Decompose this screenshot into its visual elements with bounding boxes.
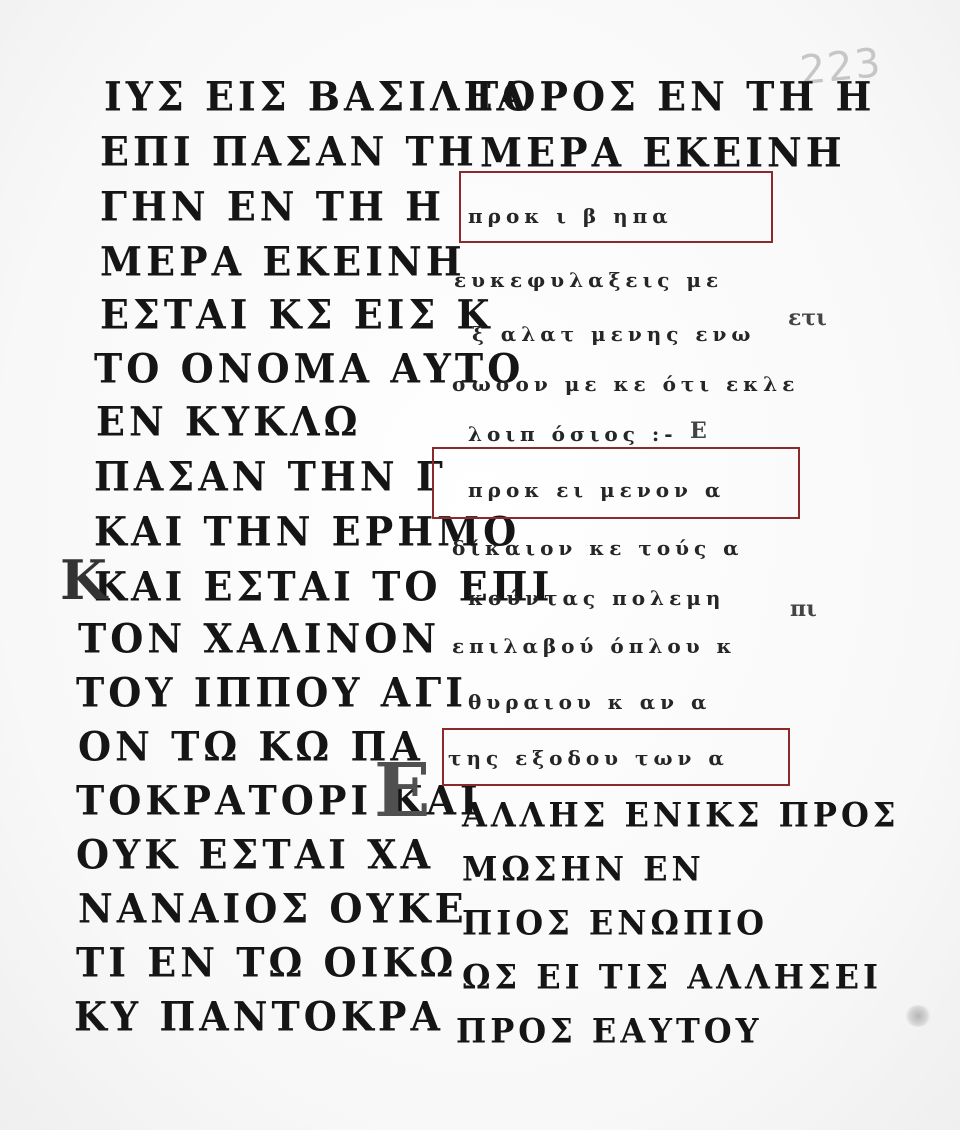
right-line-10: κούντας πολεμη [468,586,725,610]
right-line-11: επιλαβού όπλου κ [452,634,737,658]
left-line-11: ΤΟΝ ΧΑΛΙΝΟΝ [78,615,440,662]
right-line-12: θυραιου κ αν α [468,690,711,714]
margin-mark-3: πι [790,596,817,622]
left-line-2: ΕΠΙ ΠΑΣΑΝ ΤΗ [100,128,478,175]
manuscript-page: 223 ΙΥΣ ΕΙΣ ΒΑΣΙΛΕΑ ΕΠΙ ΠΑΣΑΝ ΤΗ ΓΗΝ ΕΝ … [0,0,960,1130]
right-line-1: ΤΟΡΟΣ ΕΝ ΤΗ Η [470,73,875,120]
left-line-4: ΜΕΡΑ ΕΚΕΙΝΗ [100,238,466,285]
right-line-2: ΜΕΡΑ ΕΚΕΙΝΗ [480,129,846,176]
right-line-15: ΜΩΣΗΝ ΕΝ [462,849,705,889]
right-line-14: ΑΛΛΗΣ ΕΝΙΚΣ ΠΡΟΣ [462,795,899,835]
initial-epsilon: Ε [374,748,430,834]
right-line-16: ΠΙΟΣ ΕΝΩΠΙΟ [462,903,768,943]
right-line-7: λοιπ όσιος :- [468,422,678,446]
initial-kappa: Κ [60,548,107,612]
margin-mark-1: ετι [788,305,827,331]
margin-mark-2: Ε [690,418,707,444]
right-line-6: σωσον με κε ότι εκλε [452,372,799,396]
ink-stain [905,1005,931,1027]
left-line-1: ΙΥΣ ΕΙΣ ΒΑΣΙΛΕΑ [104,73,530,120]
annotation-box-2 [432,447,800,519]
left-line-3: ΓΗΝ ΕΝ ΤΗ Η [100,183,445,230]
right-line-9: δίκαιον κε τούς α [452,536,744,560]
left-line-13: ΟΝ ΤΩ ΚΩ ΠΑ [78,723,424,770]
left-line-18: ΚΥ ΠΑΝΤΟΚΡΑ [74,993,444,1040]
annotation-box-1 [459,171,773,243]
right-line-5: ξ αλατ μενης ενω [472,322,755,346]
right-line-4: ευκεφυλαξεις με [454,268,723,292]
left-line-8: ΠΑΣΑΝ ΤΗΝ Γ [94,453,447,500]
left-line-17: ΤΙ ΕΝ ΤΩ ΟΙΚΩ [76,939,457,986]
right-line-17: ΩΣ ΕΙ ΤΙΣ ΑΛΛΗΣΕΙ [462,957,882,997]
left-line-12: ΤΟΥ ΙΠΠΟΥ ΑΓΙ [76,669,467,716]
left-line-7: ΕΝ ΚΥΚΛΩ [96,398,361,445]
left-line-5: ΕΣΤΑΙ ΚΣ ΕΙΣ Κ [100,291,494,338]
left-line-15: ΟΥΚ ΕΣΤΑΙ ΧΑ [76,831,434,878]
annotation-box-3 [442,728,790,786]
right-line-18: ΠΡΟΣ ΕΑΥΤΟΥ [456,1011,763,1051]
left-line-16: ΝΑΝΑΙΟΣ ΟΥΚΕ [78,885,468,932]
